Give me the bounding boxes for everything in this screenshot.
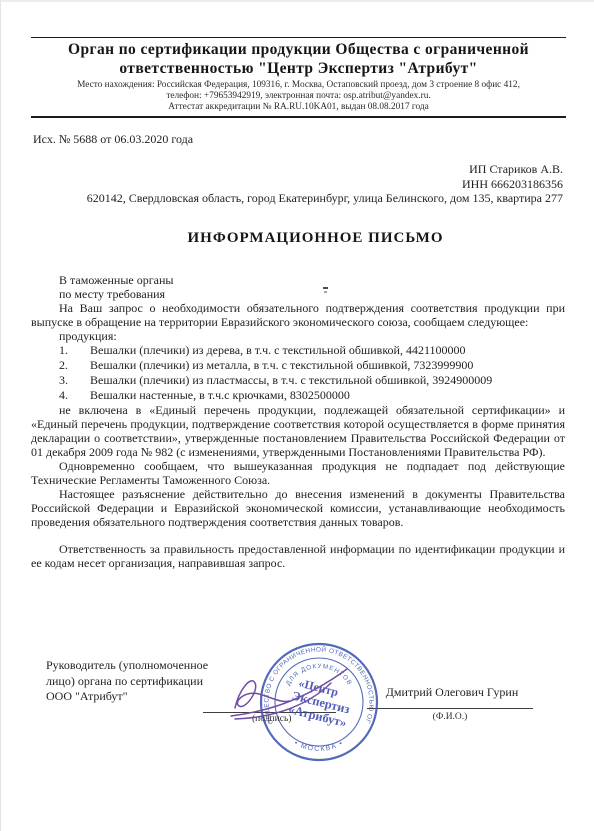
signer-position-line3: ООО "Атрибут" <box>46 689 251 705</box>
org-name-line2: ответственностью "Центр Экспертиз "Атриб… <box>31 59 566 78</box>
org-name: Орган по сертификации продукции Общества… <box>31 40 566 78</box>
paragraph-responsibility: Ответственность за правильность предоста… <box>31 542 565 570</box>
products-label: продукция: <box>31 329 565 343</box>
org-details: Место нахождения: Российская Федерация, … <box>31 80 566 112</box>
paragraph-tr-ts: Одновременно сообщаем, что вышеуказанная… <box>31 459 565 487</box>
org-address: Место нахождения: Российская Федерация, … <box>31 80 566 91</box>
product-item: 1. Вешалки (плечики) из дерева, в т.ч. с… <box>31 343 565 358</box>
recipient-block: ИП Стариков А.В. ИНН 666203186356 620142… <box>51 162 563 206</box>
signer-position-line2: лицо) органа по сертификации <box>46 674 251 690</box>
letter-title: ИНФОРМАЦИОННОЕ ПИСЬМО <box>1 230 594 247</box>
paragraph-not-included: не включена в «Единый перечень продукции… <box>31 403 565 459</box>
paragraph-validity: Настоящее разъяснение действительно до в… <box>31 487 565 529</box>
handwritten-signature <box>229 662 353 724</box>
recipient-name: ИП Стариков А.В. <box>51 162 563 177</box>
org-accreditation: Аттестат аккредитации № RA.RU.10KA01, вы… <box>31 102 566 113</box>
org-contacts: телефон: +79653942919, электронная почта… <box>31 91 566 102</box>
signer-full-name: Дмитрий Олегович Гурин <box>367 685 537 700</box>
intro-paragraph: На Ваш запрос о необходимости обязательн… <box>31 301 565 329</box>
fio-caption: (Ф.И.О.) <box>367 712 533 722</box>
signer-position-block: Руководитель (уполномоченное лицо) орган… <box>46 658 251 705</box>
product-number: 4. <box>59 388 90 403</box>
product-item: 2. Вешалки (плечики) из металла, в т.ч. … <box>31 358 565 373</box>
scan-artifact-mark <box>323 287 328 289</box>
product-text: Вешалки настенные, в т.ч.с крючками, 830… <box>90 388 565 403</box>
product-number: 1. <box>59 343 90 358</box>
fio-underline <box>367 708 533 709</box>
product-text: Вешалки (плечики) из металла, в т.ч. с т… <box>90 358 565 373</box>
letter-body: В таможенные органы по месту требования … <box>31 273 565 570</box>
letterhead: Орган по сертификации продукции Общества… <box>31 37 566 118</box>
product-text: Вешалки (плечики) из пластмассы, в т.ч. … <box>90 373 565 388</box>
recipient-inn: ИНН 666203186356 <box>51 177 563 192</box>
signer-position-line1: Руководитель (уполномоченное <box>46 658 251 674</box>
product-item: 3. Вешалки (плечики) из пластмассы, в т.… <box>31 373 565 388</box>
product-number: 2. <box>59 358 90 373</box>
addressee-line1: В таможенные органы <box>31 273 565 287</box>
org-name-line1: Орган по сертификации продукции Общества… <box>31 40 566 59</box>
product-text: Вешалки (плечики) из дерева, в т.ч. с те… <box>90 343 565 358</box>
product-item: 4. Вешалки настенные, в т.ч.с крючками, … <box>31 388 565 403</box>
product-number: 3. <box>59 373 90 388</box>
outgoing-reference: Исх. № 5688 от 06.03.2020 года <box>33 132 594 147</box>
recipient-address: 620142, Свердловская область, город Екат… <box>51 191 563 206</box>
addressee-line2: по месту требования <box>31 287 565 301</box>
scanned-letter-page: Орган по сертификации продукции Общества… <box>0 0 594 831</box>
